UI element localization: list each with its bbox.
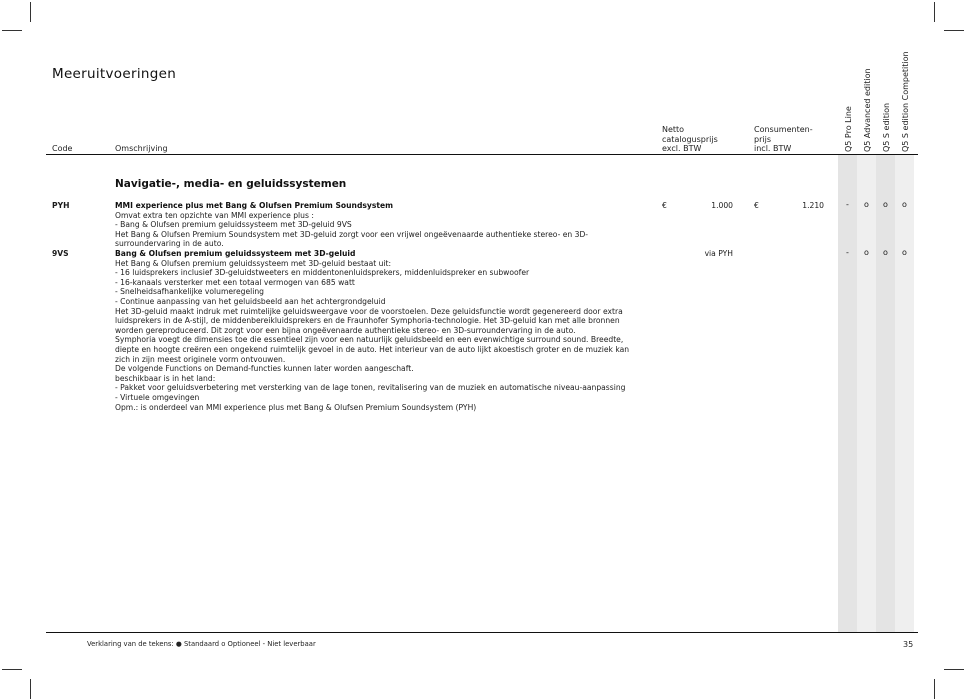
header-line: Consumenten- bbox=[754, 125, 813, 135]
header-line: Netto bbox=[662, 125, 718, 135]
header-rule bbox=[46, 154, 918, 155]
desc-line: - 16-kanaals versterker met een totaal v… bbox=[115, 278, 645, 288]
currency-symbol: € bbox=[754, 201, 759, 210]
crop-mark bbox=[934, 2, 935, 22]
desc-line: Het Bang & Olufsen premium geluidssystee… bbox=[115, 259, 645, 269]
availability-mark: o bbox=[895, 200, 914, 209]
row-description: MMI experience plus met Bang & Olufsen P… bbox=[115, 201, 645, 249]
availability-mark: o bbox=[857, 248, 876, 257]
availability-mark: o bbox=[857, 200, 876, 209]
net-price: 1.000 bbox=[700, 201, 733, 210]
header-line: prijs bbox=[754, 135, 813, 145]
column-header-consumer-price: Consumenten- prijs incl. BTW bbox=[754, 125, 813, 154]
row-title: Bang & Olufsen premium geluidssysteem me… bbox=[115, 249, 645, 259]
column-header-code: Code bbox=[52, 144, 72, 154]
header-line: incl. BTW bbox=[754, 144, 813, 154]
desc-line: Het Bang & Olufsen Premium Soundsystem m… bbox=[115, 230, 645, 249]
crop-mark bbox=[2, 669, 22, 670]
row-code: PYH bbox=[52, 201, 69, 210]
crop-mark bbox=[944, 669, 964, 670]
row-description: Bang & Olufsen premium geluidssysteem me… bbox=[115, 249, 645, 412]
desc-line: Symphoria voegt de dimensies toe die ess… bbox=[115, 335, 645, 364]
page-number: 35 bbox=[903, 640, 913, 649]
row-code: 9VS bbox=[52, 249, 69, 258]
desc-line: Opm.: is onderdeel van MMI experience pl… bbox=[115, 403, 645, 413]
footer-rule bbox=[46, 632, 918, 633]
availability-mark: o bbox=[895, 248, 914, 257]
desc-line: - 16 luidsprekers inclusief 3D-geluidstw… bbox=[115, 268, 645, 278]
desc-line: Omvat extra ten opzichte van MMI experie… bbox=[115, 211, 645, 221]
desc-line: - Continue aanpassing van het geluidsbee… bbox=[115, 297, 645, 307]
desc-line: - Snelheidsafhankelijke volumeregeling bbox=[115, 287, 645, 297]
desc-line: De volgende Functions on Demand-functies… bbox=[115, 364, 645, 374]
page-title: Meeruitvoeringen bbox=[52, 66, 176, 82]
column-header-model: Q5 S edition bbox=[882, 103, 891, 152]
column-header-model: Q5 Advanced edition bbox=[863, 68, 872, 152]
crop-mark bbox=[934, 679, 935, 699]
model-column-stripe bbox=[895, 155, 914, 632]
desc-line: - Pakket voor geluidsverbetering met ver… bbox=[115, 383, 645, 393]
header-line: catalogusprijs bbox=[662, 135, 718, 145]
consumer-price: 1.210 bbox=[790, 201, 824, 210]
availability-mark: o bbox=[876, 248, 895, 257]
column-header-model: Q5 Pro Line bbox=[844, 106, 853, 152]
column-header-description: Omschrijving bbox=[115, 144, 168, 154]
crop-mark bbox=[30, 679, 31, 699]
net-price: via PYH bbox=[700, 249, 733, 258]
desc-line: beschikbaar is in het land: bbox=[115, 374, 645, 384]
column-header-model: Q5 S edition Competition bbox=[901, 51, 910, 152]
currency-symbol: € bbox=[662, 201, 667, 210]
model-column-stripe bbox=[838, 155, 857, 632]
availability-mark: - bbox=[838, 248, 857, 257]
column-header-net-price: Netto catalogusprijs excl. BTW bbox=[662, 125, 718, 154]
crop-mark bbox=[30, 2, 31, 22]
model-column-stripe bbox=[857, 155, 876, 632]
desc-line: - Bang & Olufsen premium geluidssysteem … bbox=[115, 220, 645, 230]
availability-mark: o bbox=[876, 200, 895, 209]
crop-mark bbox=[944, 30, 964, 31]
model-column-stripe bbox=[876, 155, 895, 632]
desc-line: Het 3D-geluid maakt indruk met ruimtelij… bbox=[115, 307, 645, 336]
crop-mark bbox=[2, 30, 22, 31]
header-line: excl. BTW bbox=[662, 144, 718, 154]
row-title: MMI experience plus met Bang & Olufsen P… bbox=[115, 201, 645, 211]
section-title: Navigatie-, media- en geluidssystemen bbox=[115, 178, 346, 190]
legend: Verklaring van de tekens: ● Standaard o … bbox=[87, 640, 316, 648]
availability-mark: - bbox=[838, 200, 857, 209]
desc-line: - Virtuele omgevingen bbox=[115, 393, 645, 403]
